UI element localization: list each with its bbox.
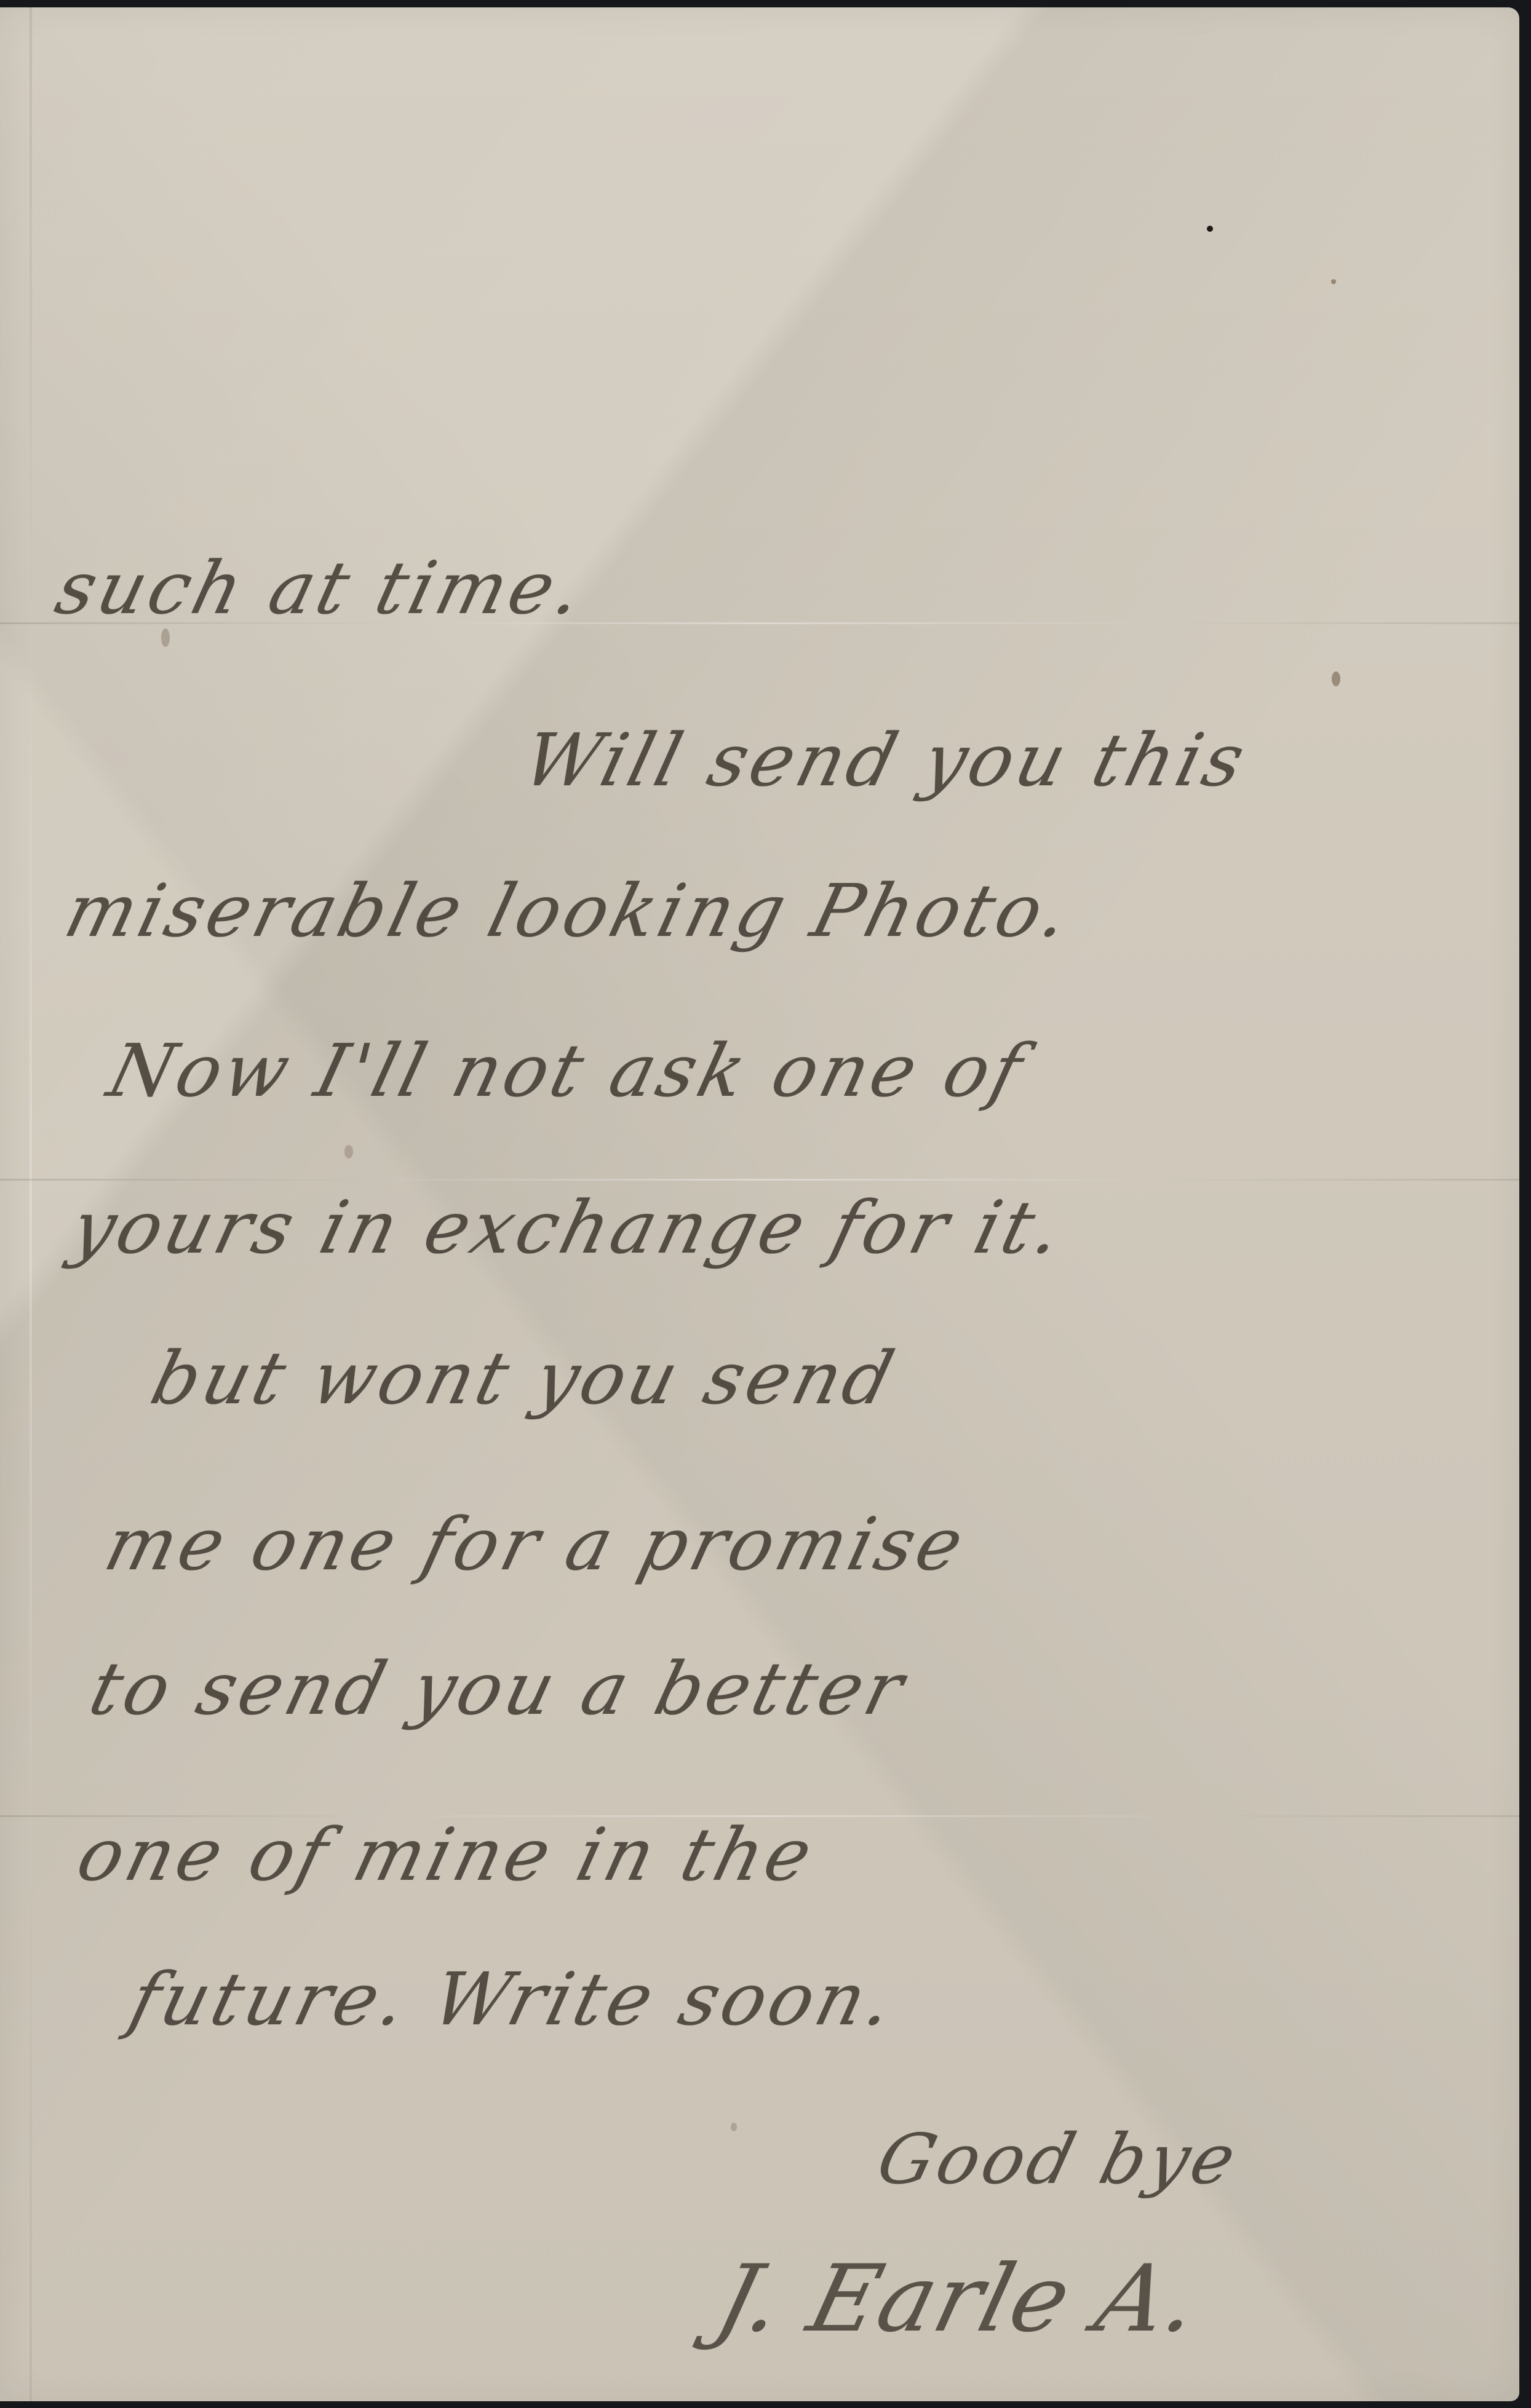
foxing-spot — [1332, 671, 1340, 686]
letter-closing: Good bye — [870, 2120, 1247, 2200]
foxing-spot — [731, 2123, 737, 2131]
letter-page: such at time. Will send you this miserab… — [0, 7, 1519, 2401]
ink-speck — [1331, 279, 1336, 284]
letter-line: future. Write soon. — [122, 1957, 905, 2042]
letter-line: yours in exchange for it. — [63, 1185, 1074, 1270]
letter-line: miserable looking Photo. — [57, 868, 1081, 953]
letter-line: me one for a promise — [97, 1502, 976, 1586]
letter-line: Now I'll not ask one of — [100, 1028, 1034, 1113]
letter-line: one of mine in the — [70, 1812, 824, 1897]
letter-line: but wont you send — [143, 1336, 905, 1420]
foxing-spot — [161, 628, 170, 647]
letter-line: such at time. — [48, 545, 594, 630]
foxing-spot — [344, 1145, 353, 1158]
letter-signature: J. Earle A. — [706, 2246, 1211, 2353]
vertical-fold-crease — [30, 7, 32, 2401]
letter-line: Will send you this — [515, 718, 1257, 802]
ink-speck — [1207, 226, 1213, 232]
horizontal-fold-crease — [0, 1179, 1519, 1181]
letter-line: to send you a better — [82, 1646, 915, 1731]
